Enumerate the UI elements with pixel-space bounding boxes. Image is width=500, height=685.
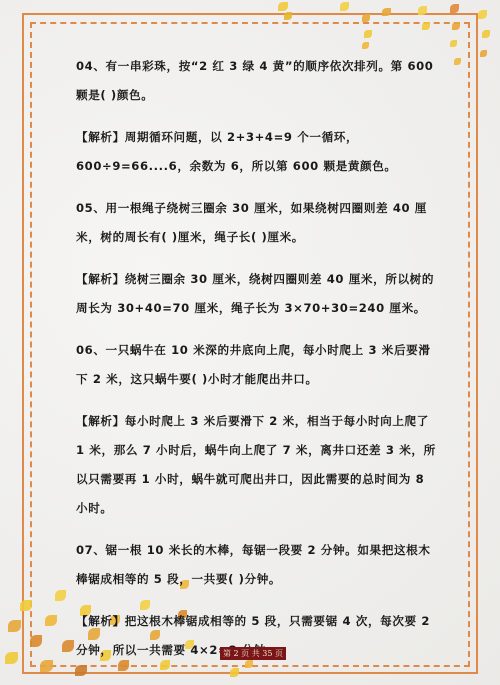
question-06: 06、一只蜗牛在 10 米深的井底向上爬，每小时爬上 3 米后要滑下 2 米，这… [76, 336, 436, 394]
document-body: 04、有一串彩珠，按“2 红 3 绿 4 黄”的顺序依次排列。第 600 颗是(… [76, 52, 436, 678]
analysis-04: 【解析】周期循环问题，以 2+3+4=9 个一循环，600÷9=66....6，… [76, 123, 436, 181]
page-number-label: 第 2 页 共 35 页 [220, 647, 286, 660]
question-04: 04、有一串彩珠，按“2 红 3 绿 4 黄”的顺序依次排列。第 600 颗是(… [76, 52, 436, 110]
question-07: 07、锯一根 10 米长的木棒，每锯一段要 2 分钟。如果把这根木棒锯成相等的 … [76, 536, 436, 594]
question-05: 05、用一根绳子绕树三圈余 30 厘米，如果绕树四圈则差 40 厘米，树的周长有… [76, 194, 436, 252]
analysis-06: 【解析】每小时爬上 3 米后要滑下 2 米，相当于每小时向上爬了 1 米，那么 … [76, 407, 436, 523]
analysis-05: 【解析】绕树三圈余 30 厘米，绕树四圈则差 40 厘米，所以树的周长为 30+… [76, 265, 436, 323]
